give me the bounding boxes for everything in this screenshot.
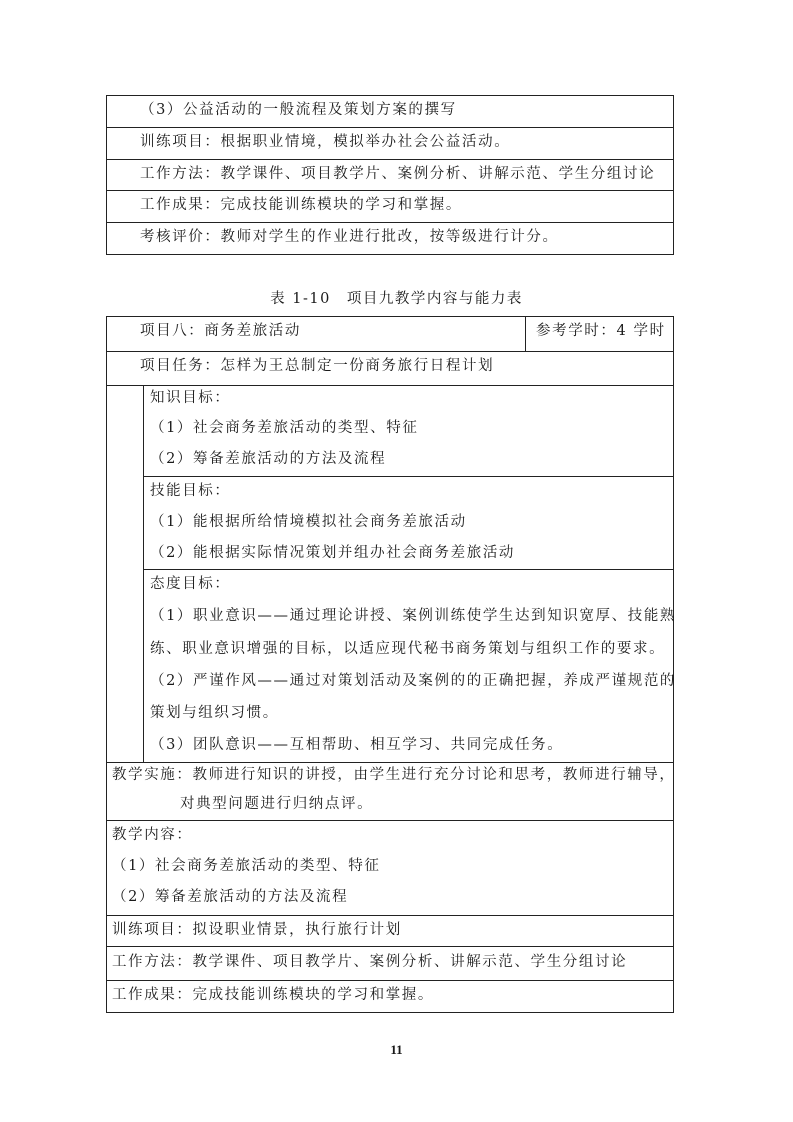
row-divider (106, 915, 674, 916)
row-divider (106, 351, 674, 352)
row-divider (106, 222, 674, 223)
work-results: 工作成果：完成技能训练模块的学习和掌握。 (112, 986, 434, 1004)
teaching-content-title: 教学内容： (112, 826, 193, 844)
list-item: （2）能根据实际情况策划并组办社会商务差旅活动 (150, 544, 515, 562)
table-border (106, 1012, 674, 1013)
table-row: （3）公益活动的一般流程及策划方案的撰写 (140, 101, 457, 119)
table-row: 工作方法：教学课件、项目教学片、案例分析、讲解示范、学生分组讨论 (140, 165, 655, 183)
table-border (106, 254, 674, 255)
table-border (106, 95, 107, 255)
training-project: 训练项目：拟设职业情景，执行旅行计划 (112, 921, 402, 939)
row-divider (106, 159, 674, 160)
row-divider (106, 946, 674, 947)
paragraph-line: （3）团队意识——互相帮助、相互学习、共同完成任务。 (150, 736, 563, 754)
row-divider (106, 190, 674, 191)
table-border (106, 316, 674, 317)
list-item: （2）筹备差旅活动的方法及流程 (112, 888, 348, 906)
row-divider (106, 385, 674, 386)
row-divider (106, 980, 674, 981)
project-name: 项目八：商务差旅活动 (140, 322, 301, 340)
table-caption: 表 1-10 项目九教学内容与能力表 (0, 287, 793, 308)
table-row: 训练项目：根据职业情境，模拟举办社会公益活动。 (140, 133, 510, 151)
table-row: 考核评价：教师对学生的作业进行批改，按等级进行计分。 (140, 228, 559, 246)
page-number: 11 (0, 1042, 793, 1058)
column-divider (143, 385, 144, 762)
list-item: （1）社会商务差旅活动的类型、特征 (112, 857, 380, 875)
attitude-goals-title: 态度目标： (150, 575, 231, 593)
table-border (673, 316, 674, 1013)
paragraph-line: （1）职业意识——通过理论讲授、案例训练使学生达到知识宽厚、技能熟 (150, 607, 676, 625)
paragraph-line: 策划与组织习惯。 (150, 704, 279, 722)
column-divider (525, 316, 526, 351)
project-task: 项目任务：怎样为王总制定一份商务旅行日程计划 (140, 357, 494, 375)
table-row: 工作成果：完成技能训练模块的学习和掌握。 (140, 196, 462, 214)
row-divider (106, 820, 674, 821)
list-item: （1）社会商务差旅活动的类型、特征 (150, 419, 418, 437)
paragraph-line: 练、职业意识增强的目标，以适应现代秘书商务策划与组织工作的要求。 (150, 640, 665, 658)
row-divider (143, 569, 674, 570)
paragraph-line: （2）严谨作风——通过对策划活动及案例的的正确把握，养成严谨规范的 (150, 672, 676, 690)
table-border (673, 95, 674, 255)
skill-goals-title: 技能目标： (150, 482, 231, 500)
teaching-implementation-cont: 对典型问题进行归纳点评。 (180, 795, 373, 813)
teaching-implementation: 教学实施：教师进行知识的讲授，由学生进行充分讨论和思考，教师进行辅导， (112, 766, 676, 784)
list-item: （2）筹备差旅活动的方法及流程 (150, 450, 386, 468)
row-divider (143, 476, 674, 477)
row-divider (106, 762, 674, 763)
table-border (106, 316, 107, 1013)
row-divider (106, 127, 674, 128)
work-methods: 工作方法：教学课件、项目教学片、案例分析、讲解示范、学生分组讨论 (112, 953, 627, 971)
knowledge-goals-title: 知识目标： (150, 389, 231, 407)
table-border (106, 95, 674, 96)
reference-hours: 参考学时：4 学时 (536, 322, 666, 340)
list-item: （1）能根据所给情境模拟社会商务差旅活动 (150, 513, 467, 531)
